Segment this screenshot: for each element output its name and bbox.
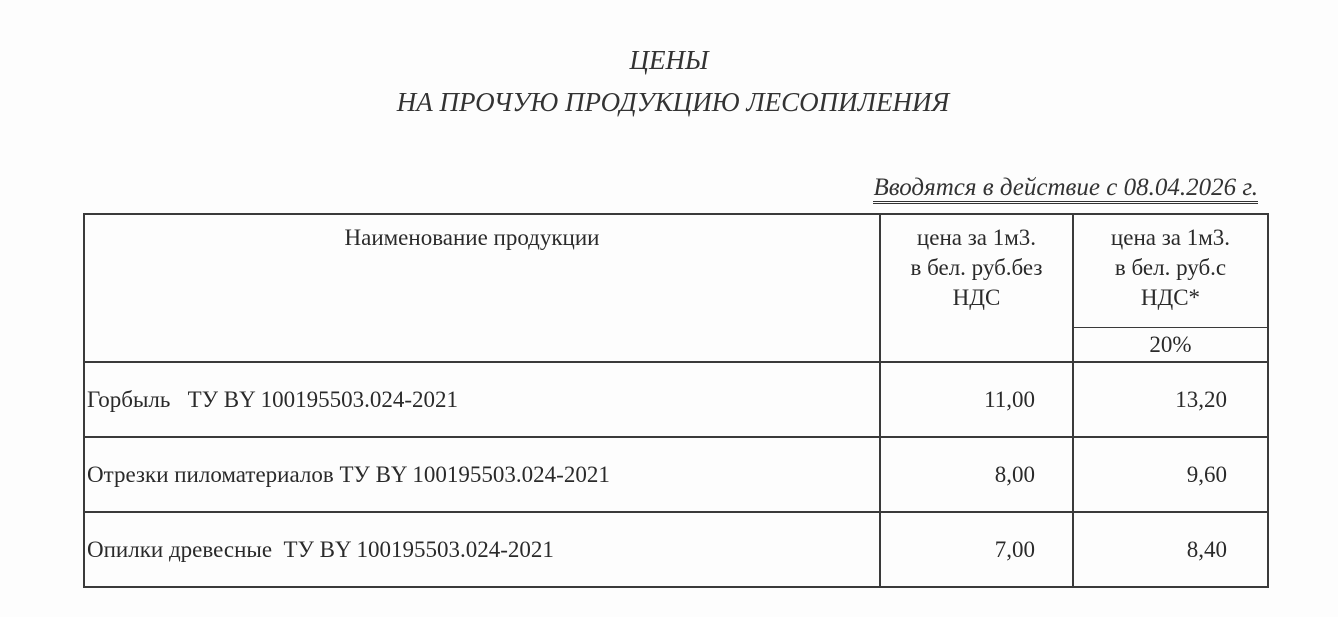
header-price-without-vat-line2: в бел. руб.без — [881, 253, 1072, 283]
header-price-with-vat-line3: НДС* — [1074, 283, 1267, 313]
header-vat-rate: 20% — [1073, 328, 1268, 363]
table-row: Опилки древесные ТУ BY 100195503.024-202… — [84, 512, 1268, 587]
price-table: Наименование продукции цена за 1м3. в бе… — [83, 213, 1269, 588]
header-price-with-vat-line1: цена за 1м3. — [1074, 223, 1267, 253]
price-with-vat: 13,20 — [1073, 362, 1268, 437]
product-name: Отрезки пиломатериалов ТУ BY 100195503.0… — [84, 437, 880, 512]
product-name: Горбыль ТУ BY 100195503.024-2021 — [84, 362, 880, 437]
header-price-with-vat: цена за 1м3. в бел. руб.с НДС* — [1073, 214, 1268, 328]
price-without-vat: 8,00 — [880, 437, 1073, 512]
document-title: ЦЕНЫ — [0, 45, 1338, 76]
effective-date: Вводятся в действие с 08.04.2026 г. — [873, 174, 1258, 204]
header-price-without-vat-line1: цена за 1м3. — [881, 223, 1072, 253]
header-row: Наименование продукции цена за 1м3. в бе… — [84, 214, 1268, 328]
header-product-name: Наименование продукции — [84, 214, 880, 362]
table-row: Горбыль ТУ BY 100195503.024-2021 11,00 1… — [84, 362, 1268, 437]
header-price-with-vat-line2: в бел. руб.с — [1074, 253, 1267, 283]
product-name: Опилки древесные ТУ BY 100195503.024-202… — [84, 512, 880, 587]
table-row: Отрезки пиломатериалов ТУ BY 100195503.0… — [84, 437, 1268, 512]
price-without-vat: 7,00 — [880, 512, 1073, 587]
price-with-vat: 8,40 — [1073, 512, 1268, 587]
price-with-vat: 9,60 — [1073, 437, 1268, 512]
header-price-without-vat-line3: НДС — [881, 283, 1072, 313]
price-without-vat: 11,00 — [880, 362, 1073, 437]
header-price-without-vat: цена за 1м3. в бел. руб.без НДС — [880, 214, 1073, 362]
document-subtitle: НА ПРОЧУЮ ПРОДУКЦИЮ ЛЕСОПИЛЕНИЯ — [4, 87, 1338, 118]
